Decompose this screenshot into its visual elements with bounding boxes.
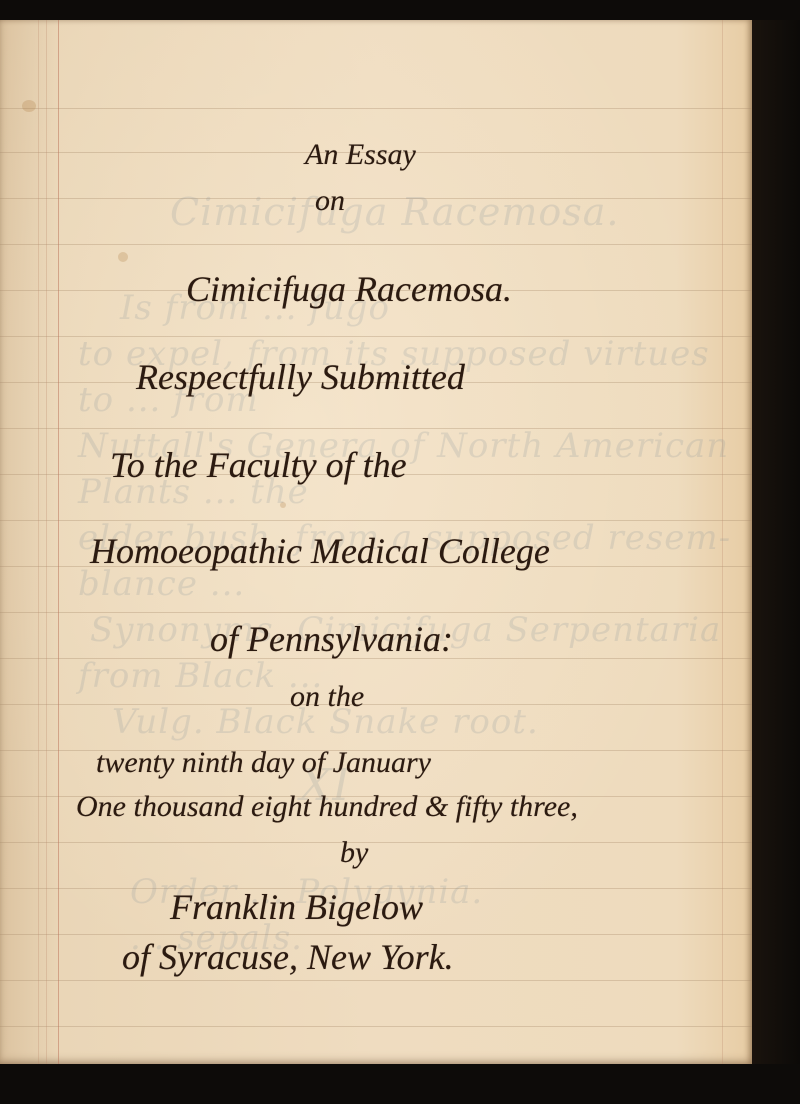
bleed-through-line: from Black ... xyxy=(78,656,323,696)
author-location: of Syracuse, New York. xyxy=(122,936,454,978)
ruled-line xyxy=(0,842,752,843)
bleed-through-line: Cimicifuga Racemosa. xyxy=(170,190,620,234)
title-line-by: by xyxy=(340,836,368,870)
ruled-line xyxy=(0,244,752,245)
manuscript-page: Cimicifuga Racemosa. Is from ... fugo to… xyxy=(0,20,752,1064)
book-binding-edge xyxy=(752,20,800,1064)
stain xyxy=(118,252,128,262)
margin-line-left-inner xyxy=(46,20,47,1064)
title-line-year: One thousand eight hundred & fifty three… xyxy=(76,790,578,824)
ruled-line xyxy=(0,980,752,981)
stain xyxy=(22,100,36,112)
title-line-pennsylvania: of Pennsylvania: xyxy=(210,618,453,660)
title-line-on: on xyxy=(315,184,345,218)
title-line-date: twenty ninth day of January xyxy=(96,746,431,780)
title-line-subject: Cimicifuga Racemosa. xyxy=(186,268,512,310)
title-line-an-essay: An Essay xyxy=(305,138,416,172)
margin-line-left xyxy=(58,20,59,1064)
margin-line-left-outer xyxy=(38,20,39,1064)
title-line-faculty: To the Faculty of the xyxy=(110,444,407,486)
title-line-on-the: on the xyxy=(290,680,364,714)
title-line-respectfully-submitted: Respectfully Submitted xyxy=(136,356,465,398)
title-line-college: Homoeopathic Medical College xyxy=(90,530,550,572)
author-name: Franklin Bigelow xyxy=(170,886,423,928)
ruled-line xyxy=(0,1026,752,1027)
ruled-line xyxy=(0,934,752,935)
ruled-line xyxy=(0,108,752,109)
